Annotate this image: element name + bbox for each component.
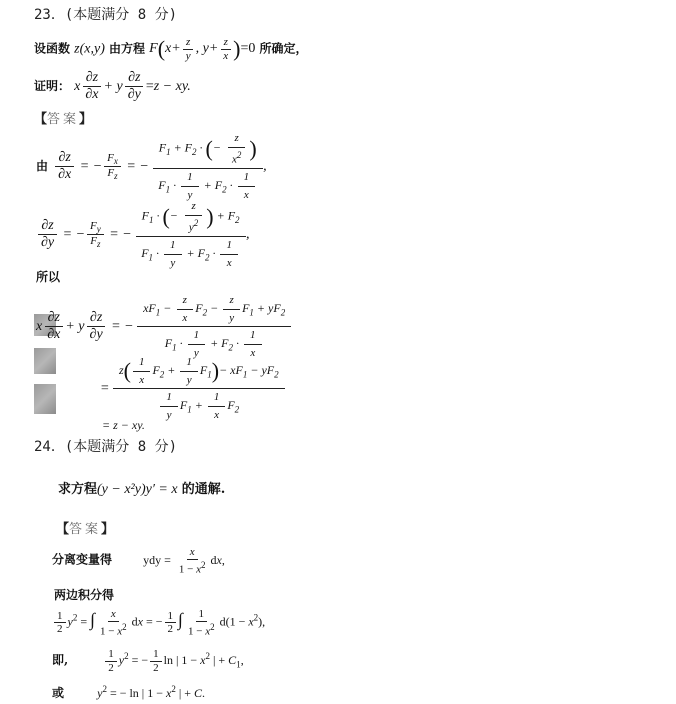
q24-int-equation: 12y2 = ∫x1 − x2dx = −12∫11 − x2d(1 − x2)… bbox=[52, 608, 265, 638]
q23-step3-equation: x∂z∂x+ y∂z∂y = − xF1 − zxF2 − zyF1 + yF2… bbox=[36, 319, 291, 334]
q24-question-equation: (y − x²y)y′ = x bbox=[97, 482, 178, 497]
q23-step1-prefix: 由 bbox=[36, 159, 48, 173]
q23-line1-prefix: 设函数 bbox=[34, 41, 70, 55]
q23-so-label: 所以 bbox=[36, 268, 60, 285]
q23-statement-line2: 证明： x∂z∂x+ y∂z∂y=z − xy. bbox=[34, 70, 191, 103]
q23-line1-mid: 由方程 bbox=[109, 41, 145, 55]
q24-sep-label: 分离变量得 bbox=[52, 553, 112, 567]
q23-answer-label: 【答案】 bbox=[34, 108, 92, 127]
q23-line2-equation: x∂z∂x+ y∂z∂y=z − xy. bbox=[74, 79, 191, 94]
q23-step3: x∂z∂x+ y∂z∂y = − xF1 − zxF2 − zyF1 + yF2… bbox=[36, 294, 291, 360]
q24-question-prefix: 求方程 bbox=[58, 482, 97, 497]
q23-line1-func: z(x,y) bbox=[74, 41, 105, 56]
q24-ie: 即, 12y2 = −12ln | 1 − x2 | + C1, bbox=[52, 648, 244, 674]
scan-artifact bbox=[34, 384, 56, 414]
q24-answer-label: 【答案】 bbox=[56, 518, 114, 537]
q23-statement-line1: 设函数 z(x,y) 由方程 F(x+zy, y+zx)=0 所确定， bbox=[34, 36, 308, 62]
q24-or-label: 或 bbox=[52, 686, 64, 700]
q24-header: 24．(本题满分 8 分) bbox=[34, 436, 177, 456]
q24-or: 或 y2 = − ln | 1 − x2 | + C. bbox=[52, 682, 205, 701]
q23-step4: = z(1xF2 + 1yF1)− xF1 − yF21yF1 + 1xF2 bbox=[100, 356, 285, 422]
q24-separation: 分离变量得 ydy = x1 − x2dx, bbox=[52, 546, 225, 576]
q24-int-label: 两边积分得 bbox=[54, 586, 114, 603]
q23-line1-suffix: 所确定， bbox=[260, 41, 308, 55]
q24-or-equation: y2 = − ln | 1 − x2 | + C. bbox=[97, 686, 205, 700]
q23-step5: = z − xy. bbox=[102, 418, 145, 433]
q23-step4-equation: = z(1xF2 + 1yF1)− xF1 − yF21yF1 + 1xF2 bbox=[100, 381, 285, 396]
q24-sep-equation: ydy = x1 − x2dx, bbox=[143, 553, 225, 567]
q23-step1: 由 ∂z∂x = −FxFz = − F1 + F2 · (− zx2)F1 ·… bbox=[36, 132, 267, 201]
q23-step2-equation: ∂z∂y = −FyFz = − F1 · (− zy2) + F2F1 · 1… bbox=[36, 227, 249, 242]
q23-header: 23．(本题满分 8 分) bbox=[34, 4, 177, 24]
q24-ie-equation: 12y2 = −12ln | 1 − x2 | + C1, bbox=[103, 653, 243, 667]
q23-step1-equation: ∂z∂x = −FxFz = − F1 + F2 · (− zx2)F1 · 1… bbox=[53, 159, 266, 174]
q24-ie-label: 即, bbox=[52, 653, 68, 667]
q23-line2-prefix: 证明： bbox=[34, 79, 70, 93]
q24-question: 求方程(y − x²y)y′ = x 的通解. bbox=[58, 478, 225, 498]
q24-question-suffix: 的通解. bbox=[182, 482, 226, 497]
q23-line1-equation: F(x+zy, y+zx)=0 bbox=[149, 41, 255, 56]
q23-step2: ∂z∂y = −FyFz = − F1 · (− zy2) + F2F1 · 1… bbox=[36, 200, 249, 269]
